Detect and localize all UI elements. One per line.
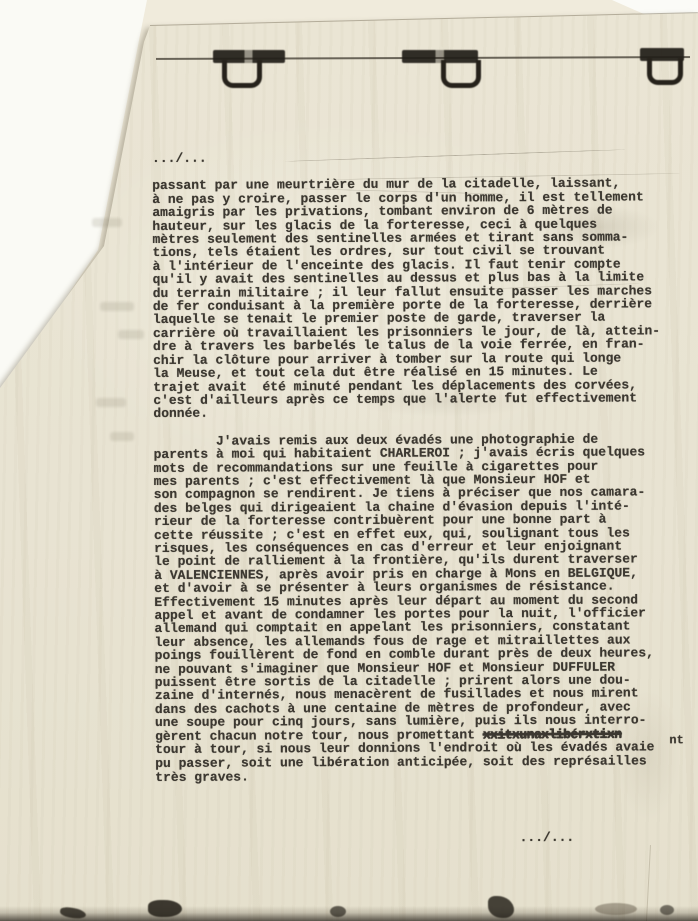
- continuation-marker-top: .../...: [152, 149, 682, 165]
- ink-bleed-smudge: [118, 330, 144, 339]
- fastener-prong-icon: [441, 60, 481, 88]
- paragraph-2-lines-b: pu passer, soit une libération anticipée…: [155, 755, 685, 785]
- text-line: pu passer, soit une libération anticipée…: [155, 755, 685, 771]
- text-line: très graves.: [155, 768, 685, 784]
- ink-bleed-smudge: [92, 218, 122, 227]
- dirt-mark: [148, 900, 182, 917]
- fastener-prong-icon: [222, 60, 262, 88]
- typed-text-block: .../... passant par une meurtrière du mu…: [152, 149, 686, 846]
- bottom-scan-edge: [0, 906, 698, 921]
- ink-bleed-smudge: [100, 302, 134, 311]
- fastener-prong-icon: [647, 58, 683, 85]
- ink-bleed-smudge: [110, 432, 134, 441]
- inserted-correction-text: nt: [669, 733, 683, 747]
- continuation-marker-bottom: .../...: [520, 830, 686, 844]
- paragraph-1: passant par une meurtrière du mur de la …: [152, 177, 683, 421]
- dirt-mark: [660, 905, 674, 915]
- ink-bleed-smudge: [96, 398, 126, 407]
- paragraph-2: J'avais remis aux deux évadés une photog…: [153, 432, 685, 784]
- dirt-mark: [330, 906, 346, 917]
- dirt-mark: [595, 903, 637, 915]
- text-line: c'est d'ailleurs après ce temps que l'al…: [153, 391, 683, 407]
- paragraph-2-lines-a: J'avais remis aux deux évadés une photog…: [153, 432, 685, 730]
